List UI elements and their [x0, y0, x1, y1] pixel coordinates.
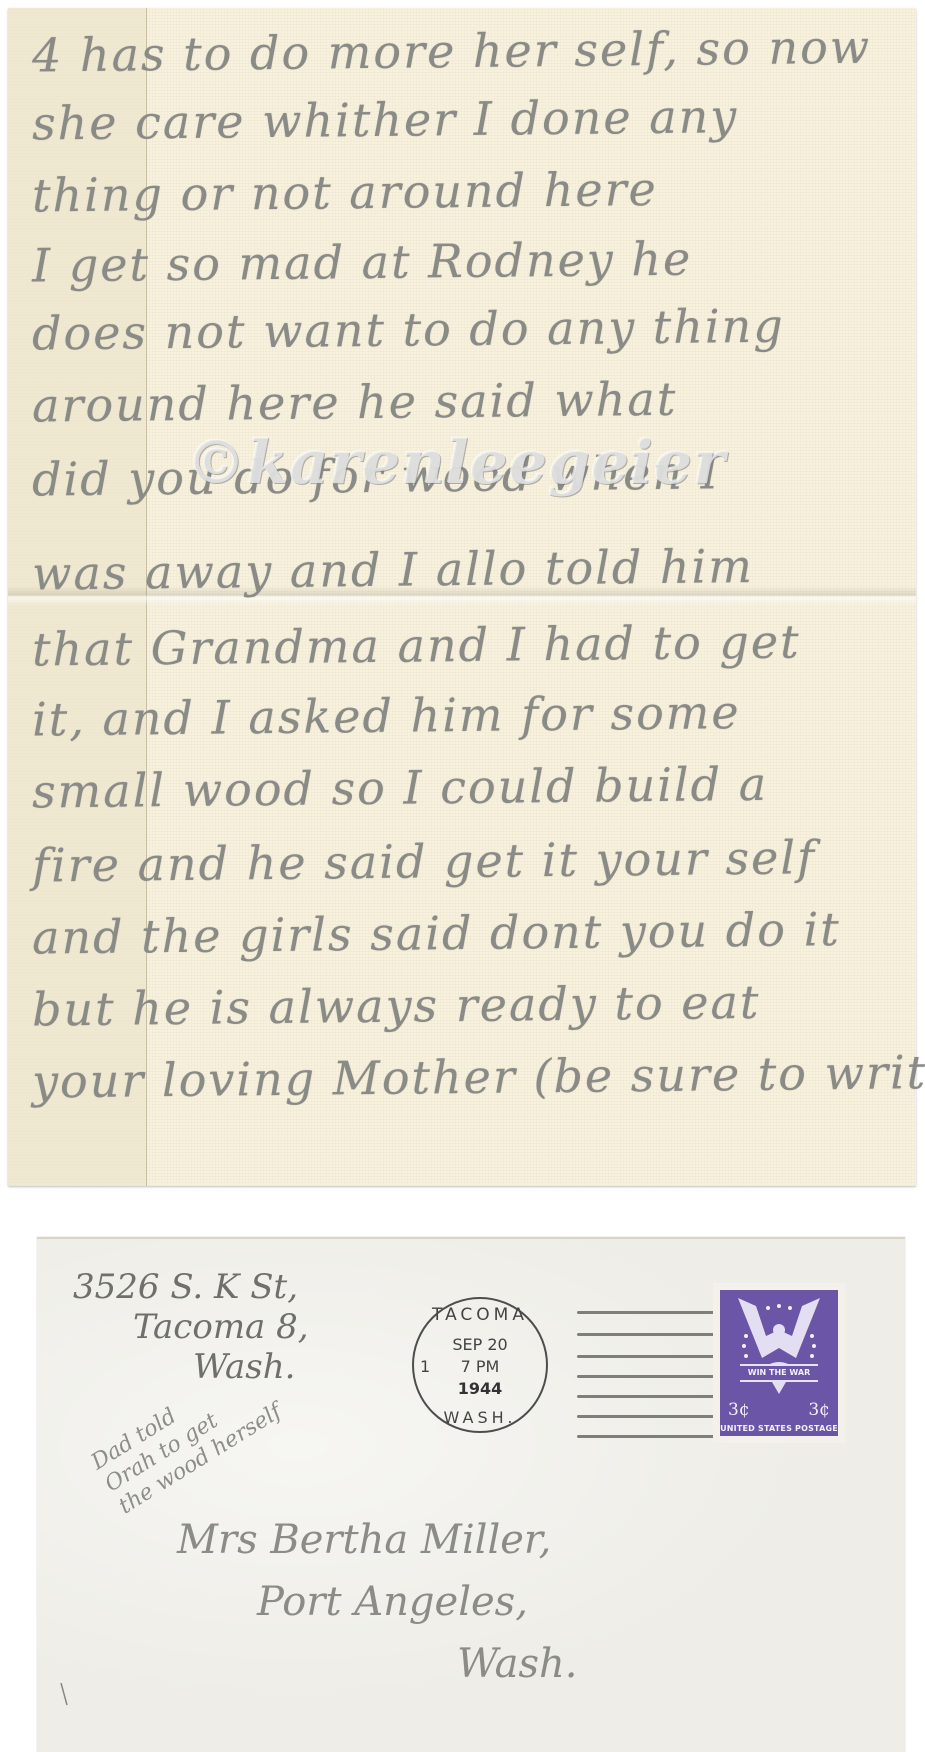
postmark-time: 7 PM — [414, 1357, 546, 1376]
recipient-state: Wash. — [457, 1633, 578, 1695]
letter-line: I get so mad at Rodney he — [32, 229, 897, 292]
letter-line: does not want to do any thing — [32, 297, 897, 360]
stamp-label: UNITED STATES POSTAGE — [720, 1424, 838, 1433]
letter-line: and the girls said dont you do it — [32, 901, 897, 964]
recipient-city: Port Angeles, — [257, 1571, 578, 1633]
letter-line: your loving Mother (be sure to write) — [32, 1045, 897, 1108]
postmark-year: 1944 — [414, 1379, 546, 1398]
recipient-name: Mrs Bertha Miller, — [177, 1509, 578, 1571]
stamp-denomination: 3¢ — [808, 1400, 830, 1420]
postmark-date: SEP 20 — [414, 1335, 546, 1354]
return-address: 3526 S. K St, Tacoma 8, Wash. — [73, 1267, 309, 1387]
return-address-city: Tacoma 8, — [133, 1307, 309, 1347]
stamp-denomination: 3¢ — [728, 1400, 750, 1420]
letter-line: that Grandma and I had to get — [32, 613, 897, 676]
letter-line: it, and I asked him for some — [32, 683, 897, 746]
postmark: TACOMA SEP 20 1 7 PM 1944 WASH. — [412, 1297, 548, 1433]
letter-line: thing or not around here — [32, 159, 897, 222]
return-address-street: 3526 S. K St, — [73, 1267, 309, 1307]
letter-line: 4 has to do more her self, so now — [32, 19, 897, 82]
letter-line: small wood so I could build a — [32, 755, 897, 818]
letter-page: 4 has to do more her self, so now she ca… — [8, 8, 916, 1186]
letter-line: she care whither I done any — [32, 87, 897, 150]
stamp-face: WIN THE WAR 3¢ 3¢ UNITED STATES POSTAGE — [720, 1290, 838, 1436]
copyright-watermark: ©karenleegeier — [186, 428, 726, 498]
postage-stamp: WIN THE WAR 3¢ 3¢ UNITED STATES POSTAGE — [713, 1283, 845, 1443]
postmark-city: TACOMA — [414, 1305, 546, 1325]
letter-line: fire and he said get it your self — [32, 829, 897, 892]
postmark-state: WASH. — [414, 1408, 546, 1427]
letter-line: but he is always ready to eat — [32, 973, 897, 1036]
recipient-address: Mrs Bertha Miller, Port Angeles, Wash. — [177, 1509, 578, 1695]
pencil-tick-mark — [57, 1679, 77, 1709]
stamp-slogan: WIN THE WAR — [740, 1364, 818, 1382]
envelope: 3526 S. K St, Tacoma 8, Wash. Dad told O… — [37, 1237, 905, 1752]
letter-line: around here he said what — [32, 369, 897, 432]
letter-line: was away and I allo told him — [32, 537, 897, 600]
